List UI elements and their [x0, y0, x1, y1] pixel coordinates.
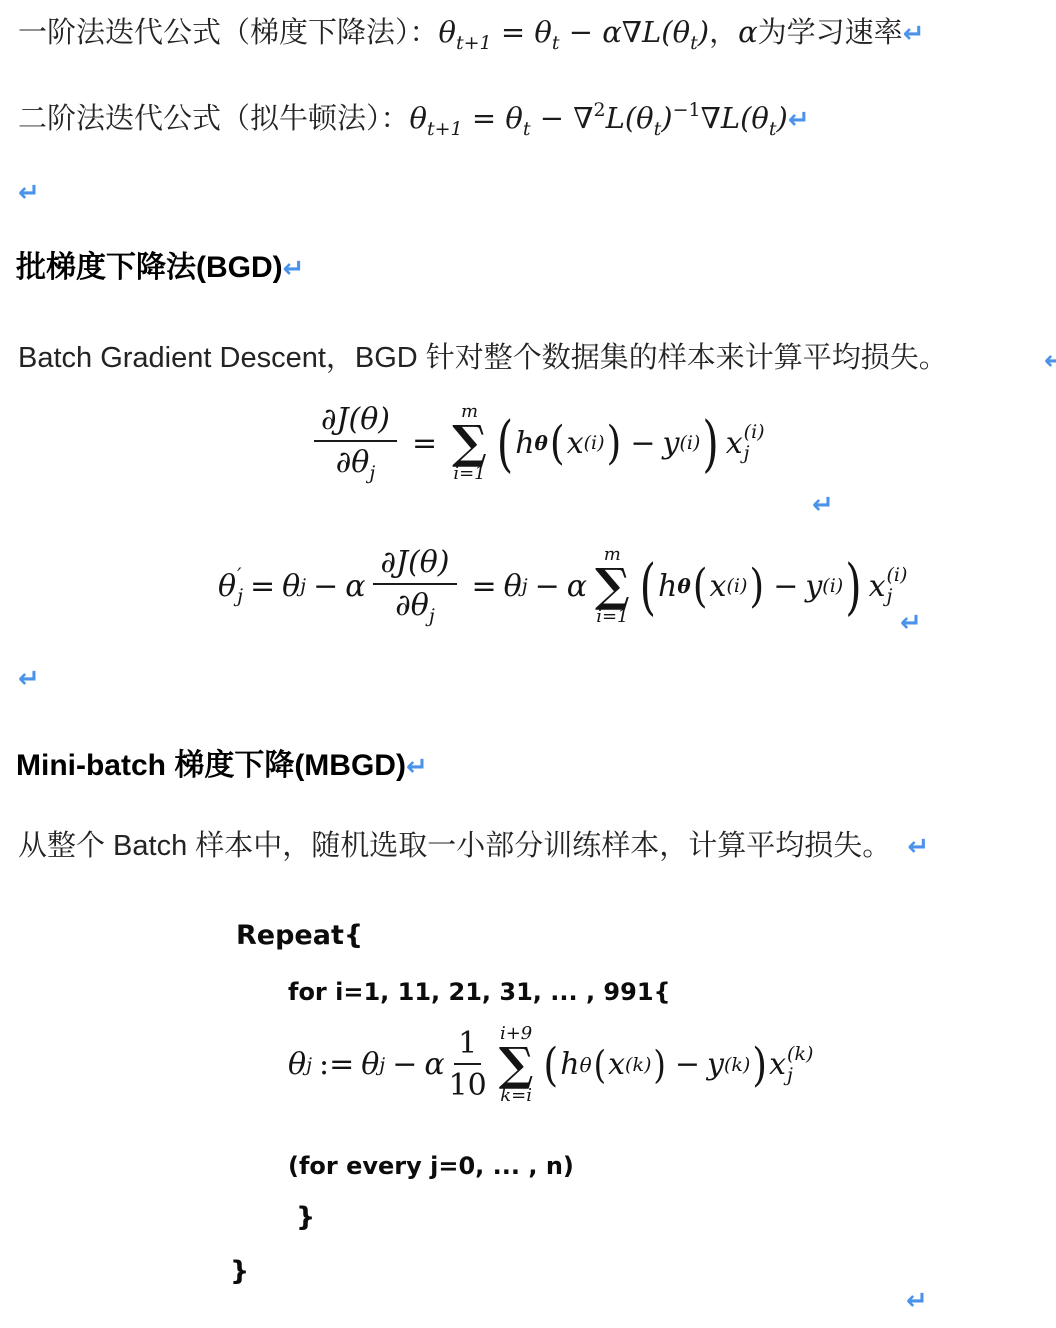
formula-mbgd-update: θj := θj − α 1 10 i+9 ∑ k=i ( hθ ( x(k) … [288, 1025, 813, 1105]
paragraph-mark-icon: ↵ [788, 105, 810, 135]
paragraph-mark-icon: ↵ [18, 664, 40, 694]
summation: i+9 ∑ k=i [499, 1025, 534, 1105]
first-order-formula: θt+1 = θt − α∇L(θt) [439, 15, 710, 49]
summation: m ∑ i=1 [595, 546, 630, 626]
code-for-every: (for every j=0, ... , n) [288, 1152, 574, 1180]
first-order-tail: 为学习速率 [758, 17, 903, 49]
first-order-label: 一阶法迭代公式（梯度下降法）： [18, 17, 439, 49]
paragraph-mark-icon: ↵ [900, 608, 922, 638]
paragraph-mark-icon: ↵ [283, 254, 305, 284]
paragraph-mark-icon: ↵ [1044, 346, 1056, 376]
fraction: ∂J(θ) ∂θj [373, 545, 456, 627]
second-order-formula: θt+1 = θt − ∇2L(θt)−1∇L(θt) [410, 101, 788, 135]
paragraph-first-order: 一阶法迭代公式（梯度下降法）：θt+1 = θt − α∇L(θt)，α为学习速… [18, 14, 924, 56]
formula-bgd-partial: ∂J(θ) ∂θj = m ∑ i=1 ( hθ ( x(i) ) − y(i)… [306, 402, 765, 484]
second-order-label: 二阶法迭代公式（拟牛顿法）： [18, 103, 410, 135]
document-page: 一阶法迭代公式（梯度下降法）：θt+1 = θt − α∇L(θt)，α为学习速… [0, 0, 1056, 1328]
paragraph-bgd-desc: Batch Gradient Descent，BGD 针对整个数据集的样本来计算… [18, 340, 948, 378]
code-close-inner: } [296, 1202, 315, 1233]
fraction: ∂J(θ) ∂θj [314, 402, 397, 484]
fraction: 1 10 [449, 1026, 487, 1103]
code-for-line: for i=1, 11, 21, 31, ... , 991{ [288, 978, 671, 1006]
code-close-outer: } [230, 1256, 249, 1287]
paragraph-mark-icon: ↵ [812, 490, 834, 520]
paragraph-mark-icon: ↵ [406, 752, 428, 782]
paragraph-mbgd-desc: 从整个 Batch 样本中，随机选取一小部分训练样本，计算平均损失。 ↵ [18, 828, 929, 866]
heading-mbgd: Mini-batch 梯度下降(MBGD)↵ [16, 746, 428, 785]
sigma-icon: ∑ [452, 421, 487, 465]
paragraph-mark-icon: ↵ [18, 178, 40, 208]
paragraph-mark-icon: ↵ [903, 19, 925, 49]
sigma-icon: ∑ [499, 1043, 534, 1087]
code-repeat-open: Repeat{ [236, 920, 363, 951]
paragraph-mark-icon: ↵ [907, 832, 929, 862]
heading-bgd: 批梯度下降法(BGD)↵ [16, 248, 304, 287]
paragraph-mark-icon: ↵ [906, 1286, 928, 1316]
summation: m ∑ i=1 [452, 403, 487, 483]
paragraph-second-order: 二阶法迭代公式（拟牛顿法）：θt+1 = θt − ∇2L(θt)−1∇L(θt… [18, 98, 810, 142]
sigma-icon: ∑ [595, 564, 630, 608]
formula-bgd-update: θ ′j = θj − α ∂J(θ) ∂θj = θj − α m ∑ i=1… [218, 545, 907, 627]
